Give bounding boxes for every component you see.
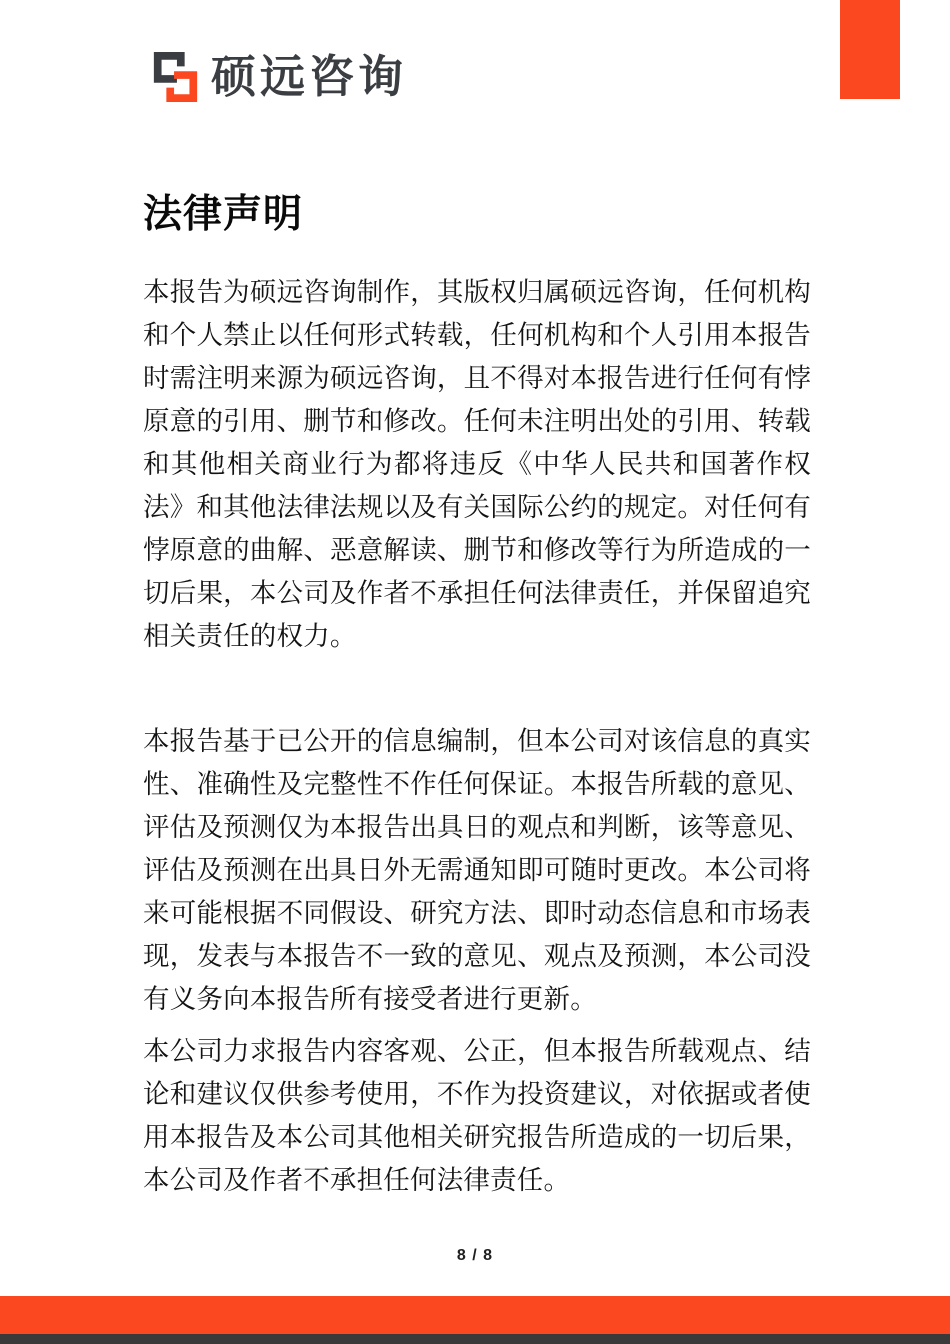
legal-notice-section: 法律声明 本报告为硕远咨询制作，其版权归属硕远咨询，任何机构和个人禁止以任何形式… xyxy=(143,191,811,1202)
header: 硕远咨询 xyxy=(153,52,407,102)
page-title: 法律声明 xyxy=(143,191,811,238)
page-number: 8 / 8 xyxy=(0,1247,950,1265)
brand-logo-icon xyxy=(153,52,198,102)
legal-paragraph-copyright: 本报告为硕远咨询制作，其版权归属硕远咨询，任何机构和个人禁止以任何形式转载，任何… xyxy=(143,271,811,658)
legal-paragraph-information: 本报告基于已公开的信息编制，但本公司对该信息的真实性、准确性及完整性不作任何保证… xyxy=(143,720,811,1021)
footer-accent-bar xyxy=(0,1296,950,1334)
report-page: 硕远咨询 法律声明 本报告为硕远咨询制作，其版权归属硕远咨询，任何机构和个人禁止… xyxy=(0,0,950,1344)
footer-dark-bar xyxy=(0,1334,950,1344)
legal-paragraph-liability: 本公司力求报告内容客观、公正，但本报告所载观点、结论和建议仅供参考使用，不作为投… xyxy=(143,1030,811,1202)
header-accent-block xyxy=(840,0,900,99)
brand-name: 硕远咨询 xyxy=(211,52,407,102)
